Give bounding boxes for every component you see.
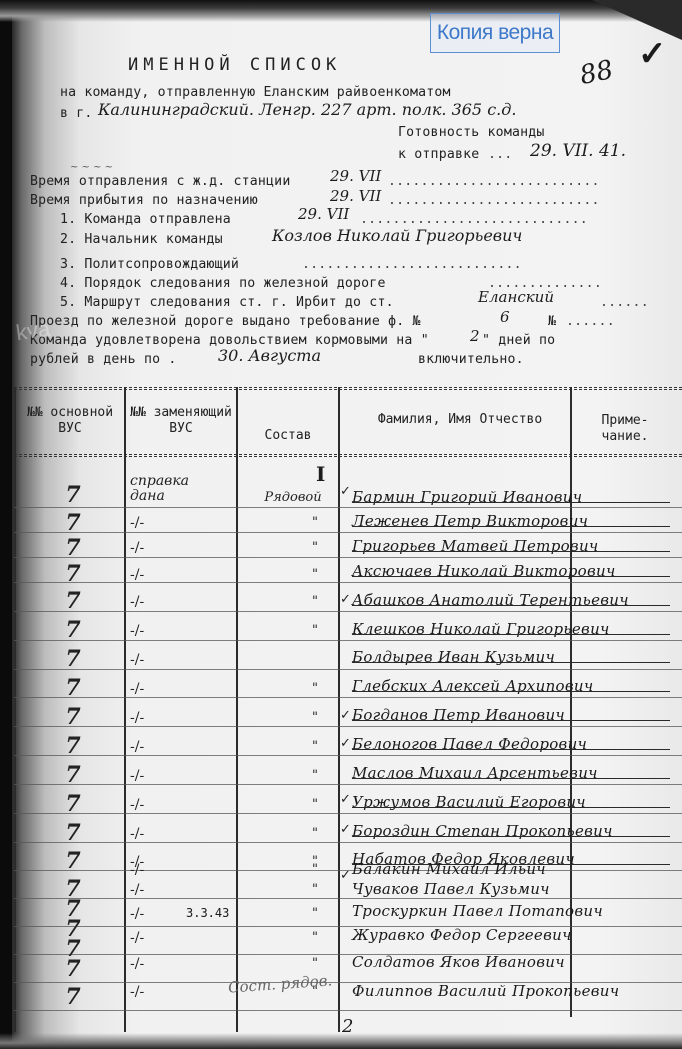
field-arrival-value: 29. VII (330, 187, 381, 205)
check-mark-icon: ✓ (638, 34, 667, 74)
group-marker: I (316, 462, 325, 486)
field-departure-label: Время отправления с ж.д. станции (30, 174, 290, 189)
field-route-label: 5. Маршрут следования ст. г. Ирбит до ст… (60, 295, 394, 310)
copy-certified-stamp: Копия верна (430, 13, 560, 53)
readiness-label: Готовность команды (398, 125, 545, 140)
header-line-2-prefix: в г. (60, 106, 93, 121)
scan-edge-shadow (0, 0, 12, 1049)
table-header-rule (14, 454, 682, 457)
field-rail-voucher-label: Проезд по железной дороге выдано требова… (30, 314, 421, 329)
field-route-value: Еланский (478, 288, 554, 306)
page-corner-fold (592, 0, 682, 40)
field-departure-value: 29. VII (330, 167, 381, 185)
document-scan: Копия верна 88 ✓ ИМЕННОЙ СПИСОК на коман… (0, 0, 682, 1049)
field-commander-value: Козлов Николай Григорьевич (272, 226, 522, 245)
field-rations-days: 2 (470, 327, 480, 345)
scan-top-shadow (0, 0, 682, 22)
field-arrival-label: Время прибытия по назначению (30, 193, 258, 208)
scan-bottom-shadow (0, 1033, 682, 1049)
field-rubles-suffix: включительно. (418, 352, 524, 367)
field-rail-order-label: 4. Порядок следования по железной дороге (60, 276, 386, 291)
field-team-sent-label: 1. Команда отправлена (60, 212, 231, 227)
field-rail-voucher-suffix: № (548, 314, 556, 329)
column-header-alt-vus: №№ заменяющий ВУС (126, 405, 236, 437)
sheet-number: 88 (577, 55, 616, 91)
column-header-sostav: Состав (238, 428, 338, 444)
unit-handwritten: Калининградский. Ленгр. 227 арт. полк. 3… (98, 100, 516, 119)
column-header-note: Приме- чание. (580, 413, 670, 445)
watermark: kva (14, 316, 52, 347)
field-rations-suffix: " дней по (482, 333, 555, 348)
row-date-note: 3.3.43 (186, 906, 229, 920)
field-rubles-label: рублей в день по . (30, 352, 177, 367)
dispatch-label: к отправке (398, 147, 479, 162)
field-commander-label: 2. Начальник команды (60, 232, 223, 247)
column-header-main-vus: №№ основной ВУС (16, 405, 124, 437)
field-rubles-until: 30. Августа (218, 346, 321, 365)
table-top-rule (14, 387, 682, 390)
field-team-sent-value: 29. VII (298, 205, 349, 223)
document-title: ИМЕННОЙ СПИСОК (128, 55, 341, 75)
dispatch-date: 29. VII. 41. (530, 141, 626, 161)
column-header-name: Фамилия, Имя Отчество (360, 412, 560, 428)
header-line-1: на команду, отправленную Еланским райвое… (60, 85, 451, 100)
field-political-escort-label: 3. Политсопровождающий (60, 257, 239, 272)
field-rail-voucher-value: 6 (500, 308, 510, 326)
